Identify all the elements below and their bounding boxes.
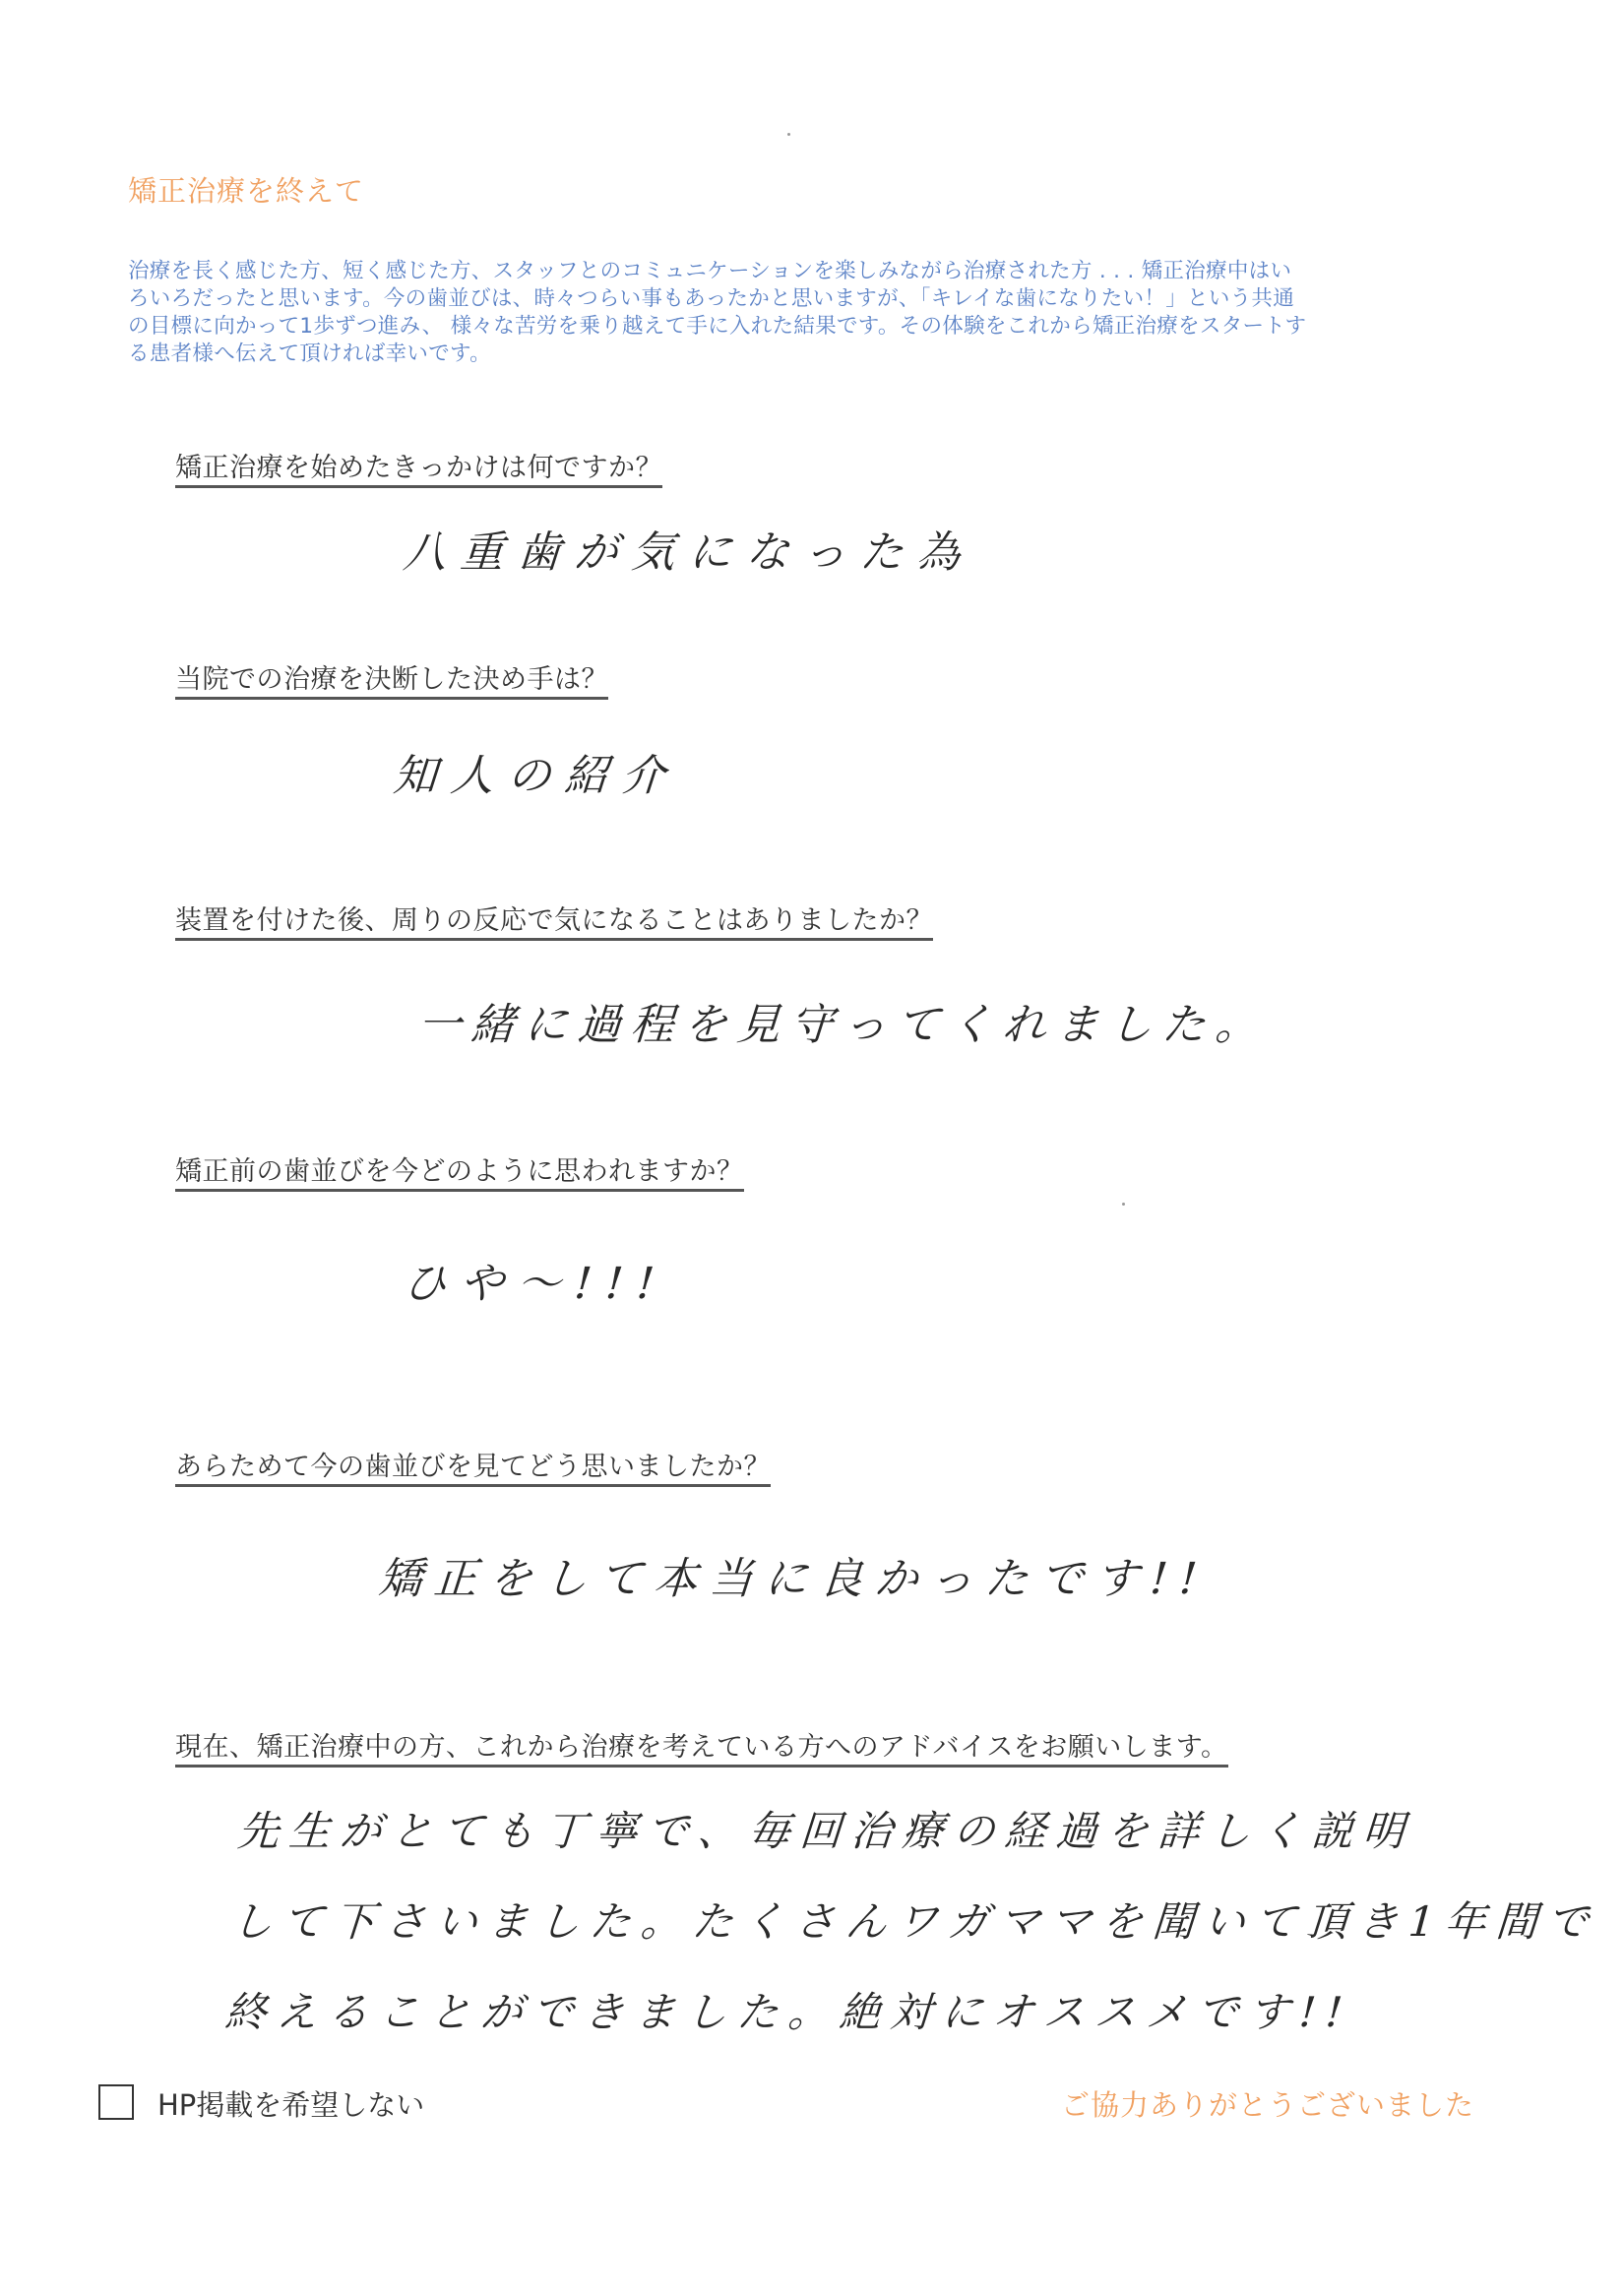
hp-opt-out-checkbox[interactable] (98, 2084, 134, 2120)
question-4: 矯正前の歯並びを今どのように思われますか？ (175, 1149, 744, 1192)
scan-speck (1122, 1203, 1125, 1206)
intro-paragraph: 治療を長く感じた方、短く感じた方、スタッフとのコミュニケーションを楽しみながら治… (128, 258, 1486, 368)
question-1: 矯正治療を始めたきっかけは何ですか？ (175, 446, 662, 488)
answer-5: 矯正をして本当に良かったです!! (377, 1543, 1212, 1606)
question-6: 現在、矯正治療中の方、これから治療を考えている方へのアドバイスをお願いします。 (175, 1725, 1228, 1768)
answer-6-line: 終えることができました。絶対にオススメです!! (221, 1967, 1594, 2058)
answer-6: 先生がとても丁寧で、毎回治療の経過を詳しく説明 して下さいました。たくさんワガマ… (221, 1786, 1607, 2058)
intro-line: 治療を長く感じた方、短く感じた方、スタッフとのコミュニケーションを楽しみながら治… (128, 258, 1486, 285)
scan-speck (787, 133, 790, 136)
answer-4: ひや〜!!! (402, 1248, 671, 1311)
question-3: 装置を付けた後、周りの反応で気になることはありましたか？ (175, 899, 933, 941)
answer-1: 八重歯が気になった為 (402, 517, 976, 580)
question-5: あらためて今の歯並びを見てどう思いましたか？ (175, 1445, 771, 1487)
answer-6-line: して下さいました。たくさんワガママを聞いて頂き1年間で (228, 1877, 1601, 1967)
answer-6-line: 先生がとても丁寧で、毎回治療の経過を詳しく説明 (234, 1786, 1607, 1877)
intro-line: る患者様へ伝えて頂ければ幸いです。 (128, 341, 1486, 368)
intro-line: ろいろだったと思います。今の歯並びは、時々つらい事もあったかと思いますが、「キレ… (128, 285, 1486, 313)
page-title: 矯正治療を終えて (128, 169, 364, 210)
answer-3: 一緒に過程を見守ってくれました。 (416, 989, 1271, 1052)
answer-2: 知人の紹介 (392, 740, 681, 803)
hp-opt-out-label: HP掲載を希望しない (157, 2083, 424, 2124)
intro-line: の目標に向かって1歩ずつ進み、 様々な苦労を乗り越えて手に入れた結果です。その体… (128, 313, 1486, 341)
question-2: 当院での治療を決断した決め手は？ (175, 657, 608, 700)
thanks-message: ご協力ありがとうございました (1061, 2083, 1474, 2124)
